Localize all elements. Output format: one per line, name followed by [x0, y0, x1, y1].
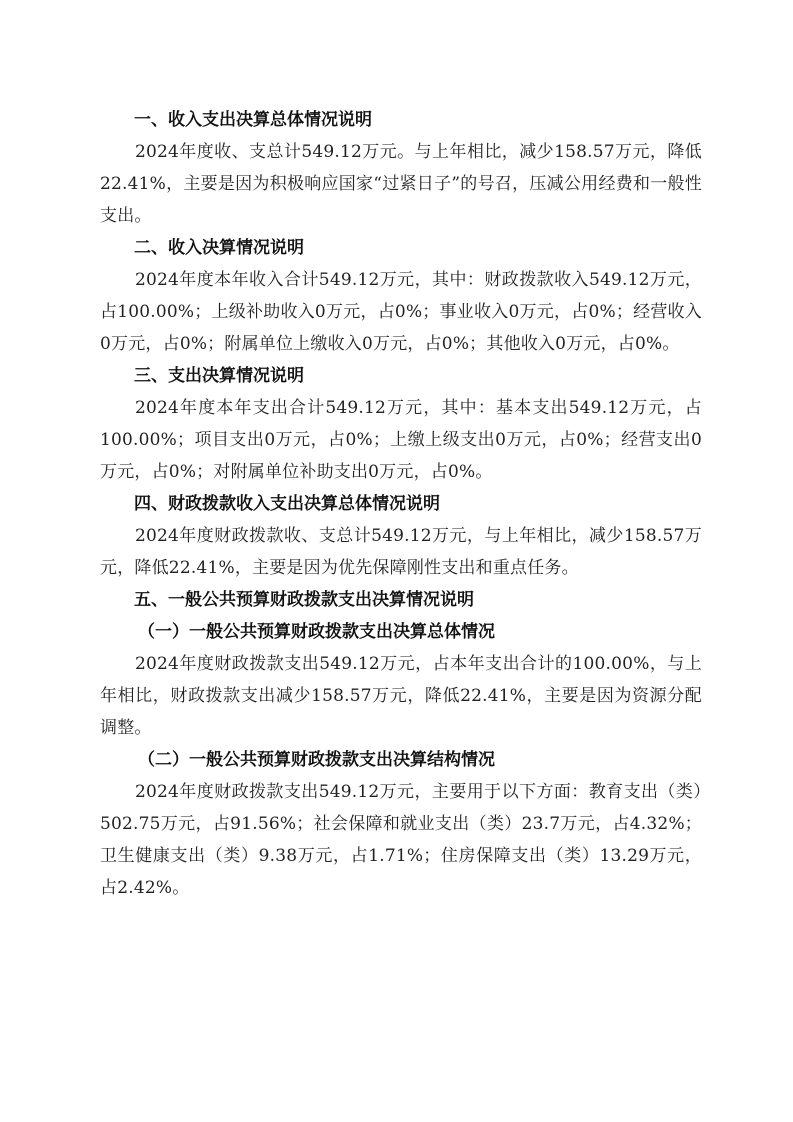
section-4-heading: 四、财政拨款收入支出决算总体情况说明 — [100, 488, 702, 520]
section-4-body: 2024年度财政拨款收、支总计549.12万元，与上年相比，减少158.57万元… — [100, 520, 702, 584]
section-3-heading: 三、支出决算情况说明 — [100, 360, 702, 392]
section-1-body: 2024年度收、支总计549.12万元。与上年相比，减少158.57万元，降低2… — [100, 136, 702, 232]
section-2-heading: 二、收入决算情况说明 — [100, 232, 702, 264]
subsection-5-2-body: 2024年度财政拨款支出549.12万元，主要用于以下方面：教育支出（类）502… — [100, 776, 702, 904]
subsection-5-1-body: 2024年度财政拨款支出549.12万元，占本年支出合计的100.00%，与上年… — [100, 648, 702, 744]
section-2-body: 2024年度本年收入合计549.12万元，其中：财政拨款收入549.12万元，占… — [100, 264, 702, 360]
section-3-body: 2024年度本年支出合计549.12万元，其中：基本支出549.12万元，占10… — [100, 392, 702, 488]
section-5-heading: 五、一般公共预算财政拨款支出决算情况说明 — [100, 584, 702, 616]
document-page: 一、收入支出决算总体情况说明 2024年度收、支总计549.12万元。与上年相比… — [100, 104, 702, 904]
subsection-5-2-heading: （二）一般公共预算财政拨款支出决算结构情况 — [100, 744, 702, 776]
subsection-5-1-heading: （一）一般公共预算财政拨款支出决算总体情况 — [100, 616, 702, 648]
section-1-heading: 一、收入支出决算总体情况说明 — [100, 104, 702, 136]
